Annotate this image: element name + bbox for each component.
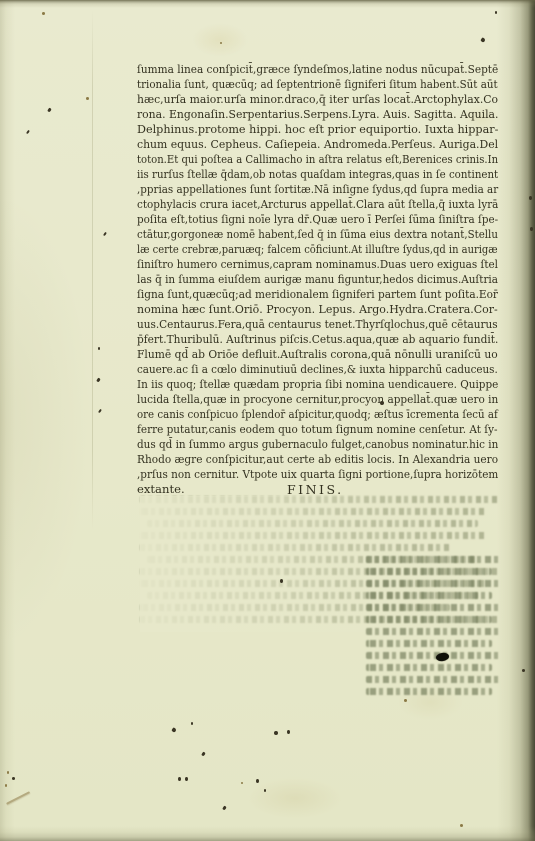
- ink-speck: [185, 777, 188, 781]
- ink-speck: [47, 108, 52, 113]
- text-line: dus qd̄ in ſummo argus gubernaculo fulge…: [137, 437, 498, 452]
- gutter-crease: [92, 10, 93, 530]
- ink-speck: [220, 42, 222, 44]
- ink-speck: [280, 579, 283, 583]
- ink-speck: [274, 731, 278, 735]
- ink-speck: [495, 11, 497, 14]
- ink-speck: [222, 806, 227, 811]
- text-line: Flumē qd̄ ab Oriōe defluit.Auſtralis cor…: [137, 347, 498, 362]
- text-line: ore canis conſpicuo ſplendor̄ aſpicitur,…: [137, 407, 498, 422]
- text-line: trionalia ſunt, quæcūq; ad ſeptentrionē …: [137, 77, 498, 92]
- ink-speck: [522, 669, 525, 672]
- text-line: ,pprias appellationes ſunt ſortitæ.Nā in…: [137, 182, 498, 197]
- ink-speck: [86, 97, 89, 100]
- text-line: ſumma linea conſpicit̄,græce ſyndeſmos,l…: [137, 62, 498, 77]
- book-page: ſumma linea conſpicit̄,græce ſyndeſmos,l…: [0, 0, 535, 841]
- ink-speck: [178, 777, 181, 781]
- ink-speck: [12, 777, 15, 780]
- text-line: læ certe crebræ,paruæq; falcem cōficiunt…: [137, 242, 498, 257]
- ink-speck: [241, 782, 243, 784]
- text-line: hæc,urſa maior.urſa minor.draco,q̄ iter …: [137, 92, 498, 107]
- text-line: chum equus. Cepheus. Caſiepeia. Andromed…: [137, 137, 498, 152]
- text-line: las q̄ in ſumma eiuſdem aurigæ manu figu…: [137, 272, 498, 287]
- text-line: ctātur,gorgoneæ nomē habent,ſed q̄ in ſū…: [137, 227, 498, 242]
- ink-speck: [287, 730, 290, 734]
- ink-speck: [98, 347, 100, 350]
- ink-speck: [103, 232, 107, 236]
- text-line: toton.Et qui poſtea a Callimacho in aſtr…: [137, 152, 498, 167]
- printed-text-block: ſumma linea conſpicit̄,græce ſyndeſmos,l…: [137, 62, 498, 497]
- text-line: ,prſus non cernitur. Vtpote uix quarta ſ…: [137, 467, 498, 482]
- ink-speck: [264, 789, 266, 792]
- text-line: rona. Engonaſin.Serpentarius.Serpens.Lyr…: [137, 107, 498, 122]
- text-line: ſigna ſunt,quæcūq;ad meridionalem ſignif…: [137, 287, 498, 302]
- ink-speck: [42, 12, 45, 15]
- text-line: In iis quoq; ſtellæ quædam propria ſibi …: [137, 377, 498, 392]
- text-line: ferre putatur,canis eodem quo totum ſign…: [137, 422, 498, 437]
- ink-speck: [26, 130, 30, 134]
- ink-speck: [96, 378, 101, 383]
- text-line: p̄fert.Thuribulū. Auſtrinus piſcis.Cetus…: [137, 332, 498, 347]
- paper-scratch: [6, 791, 30, 804]
- ink-speck: [460, 824, 463, 827]
- ink-speck: [201, 752, 206, 757]
- text-line: Rhodo ægre conſpicitur,aut certe ab edit…: [137, 452, 498, 467]
- ink-speck: [7, 771, 9, 774]
- ink-speck: [256, 779, 259, 783]
- showthrough-text-right: [366, 556, 500, 708]
- ink-speck: [480, 37, 486, 43]
- ink-speck: [404, 699, 407, 702]
- ink-speck: [171, 727, 177, 733]
- text-line: iis rurſus ſtellæ q̄dam,ob notas quaſdam…: [137, 167, 498, 182]
- finis-label: FINIS.: [287, 482, 344, 497]
- ink-speck: [98, 409, 102, 413]
- text-line-final: extante. FINIS.: [137, 482, 498, 497]
- text-line: nomina hæc ſunt.Oriō. Procyon. Lepus. Ar…: [137, 302, 498, 317]
- text-line: lucida ſtella,quæ in procyone cernitur,p…: [137, 392, 498, 407]
- text-line: ſiniſtro humero cernimus,capram nominamu…: [137, 257, 498, 272]
- text-line: ctophylacis crura iacet,Arcturus appella…: [137, 197, 498, 212]
- ink-speck: [529, 196, 532, 200]
- ink-speck: [191, 722, 193, 725]
- ink-speck: [380, 401, 384, 405]
- text-line: cauere.ac ſi a cœlo diminutiuū declines,…: [137, 362, 498, 377]
- text-line: Delphinus.protome hippi. hoc eſt prior e…: [137, 122, 498, 137]
- ink-speck: [5, 784, 7, 787]
- closing-word: extante.: [137, 482, 185, 496]
- text-line: poſita eſt,totius ſigni noīe lyra dr̄.Qu…: [137, 212, 498, 227]
- text-line: uus.Centaurus.Fera,quā centaurus tenet.T…: [137, 317, 498, 332]
- ink-speck: [530, 227, 533, 231]
